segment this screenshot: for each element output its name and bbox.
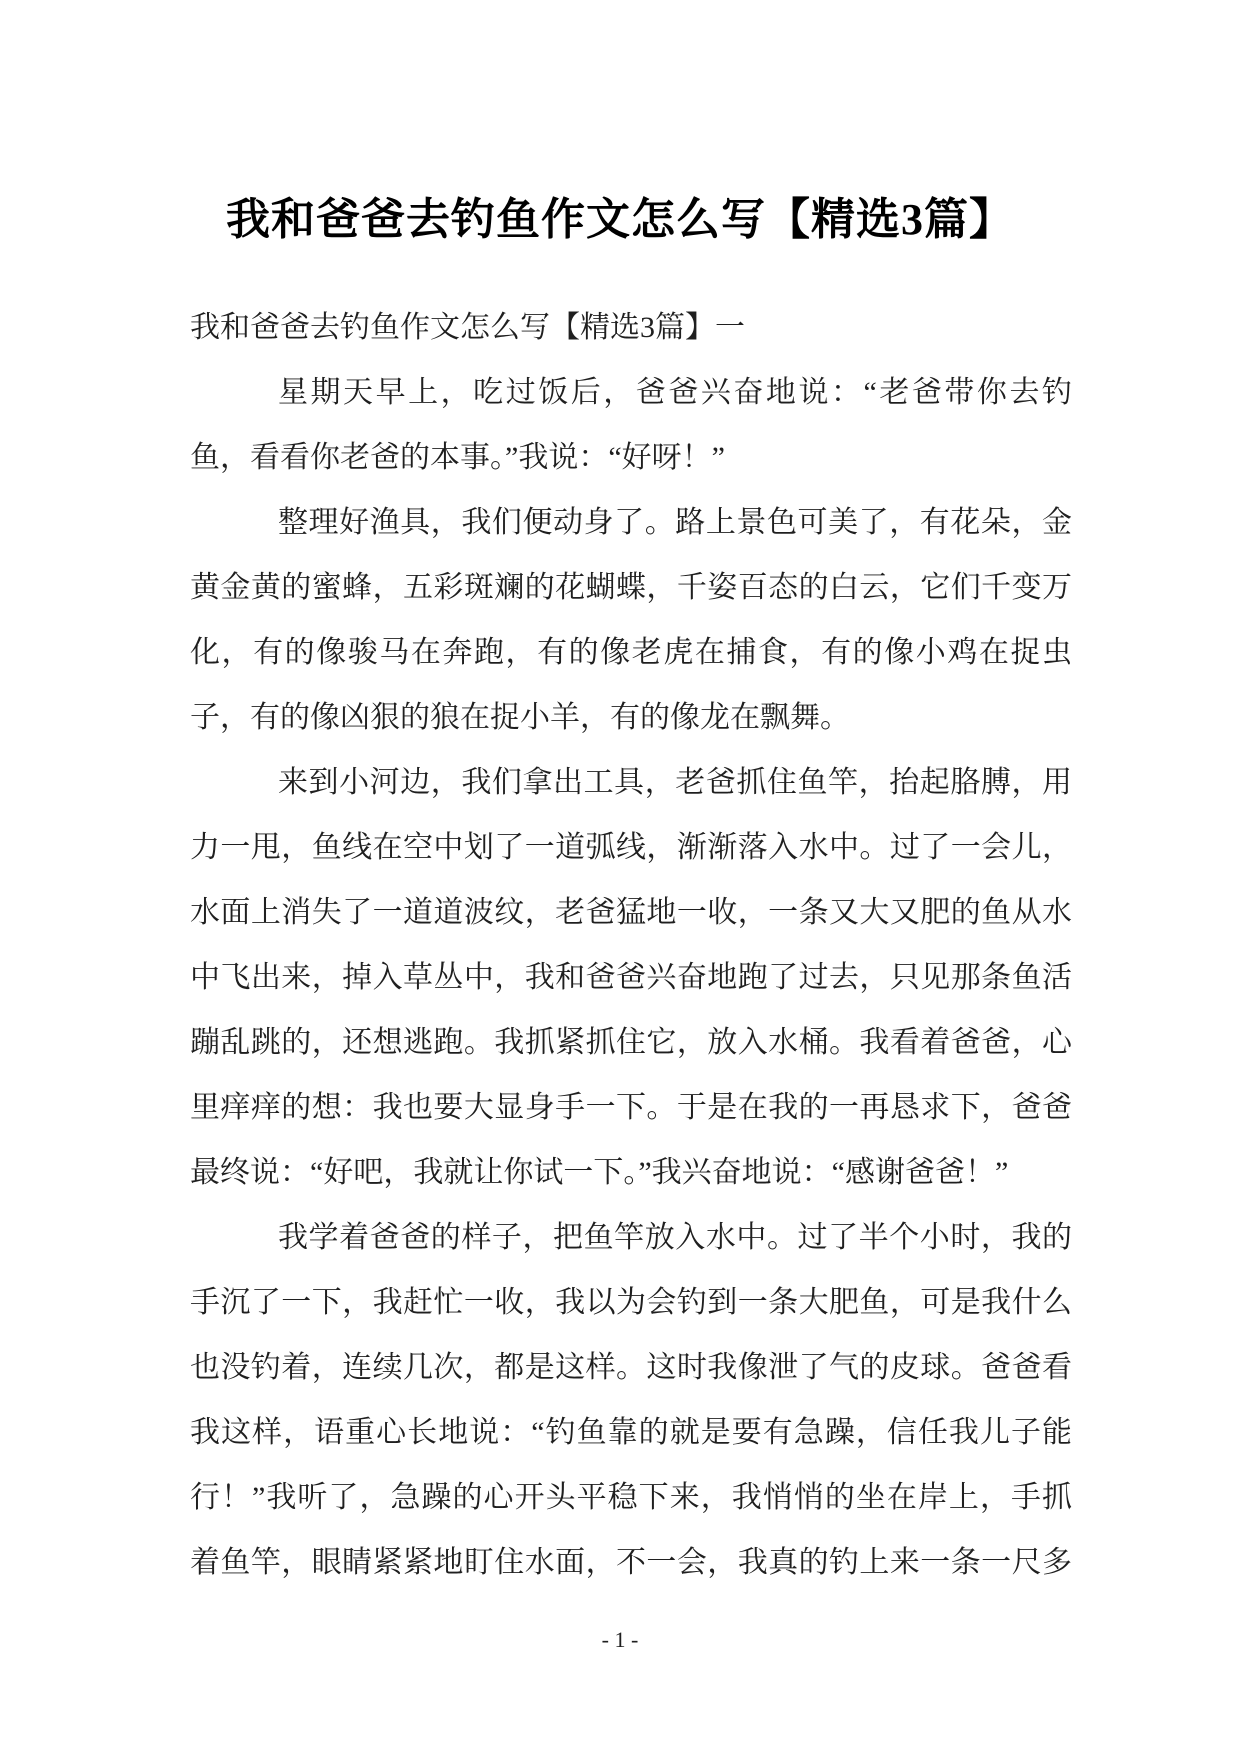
page-number: - 1 - <box>0 1626 1240 1654</box>
text-line: 我这样，语重心长地说：“钓鱼靠的就是要有急躁，信任我儿子能 <box>190 1400 1072 1465</box>
text-line: 里痒痒的想：我也要大显身手一下。于是在我的一再恳求下，爸爸 <box>190 1075 1072 1140</box>
text-line: 化，有的像骏马在奔跑，有的像老虎在捕食，有的像小鸡在捉虫 <box>190 620 1072 685</box>
text-line: 来到小河边，我们拿出工具，老爸抓住鱼竿，抬起胳膊，用 <box>190 750 1072 815</box>
text-line: 中飞出来，掉入草丛中，我和爸爸兴奋地跑了过去，只见那条鱼活 <box>190 945 1072 1010</box>
text-line: 我学着爸爸的样子，把鱼竿放入水中。过了半个小时，我的 <box>190 1205 1072 1270</box>
text-line: 也没钓着，连续几次，都是这样。这时我像泄了气的皮球。爸爸看 <box>190 1335 1072 1400</box>
text-line: 我和爸爸去钓鱼作文怎么写【精选3篇】一 <box>190 295 1072 360</box>
text-line: 子，有的像凶狠的狼在捉小羊，有的像龙在飘舞。 <box>190 685 1072 750</box>
document-page: 我和爸爸去钓鱼作文怎么写【精选3篇】 我和爸爸去钓鱼作文怎么写【精选3篇】一 星… <box>0 0 1240 1753</box>
essay-body: 我和爸爸去钓鱼作文怎么写【精选3篇】一 星期天早上，吃过饭后，爸爸兴奋地说：“老… <box>190 295 1072 1595</box>
text-line: 鱼，看看你老爸的本事。”我说：“好呀！” <box>190 425 1072 490</box>
text-line: 整理好渔具，我们便动身了。路上景色可美了，有花朵，金 <box>190 490 1072 555</box>
text-line: 黄金黄的蜜蜂，五彩斑斓的花蝴蝶，千姿百态的白云，它们千变万 <box>190 555 1072 620</box>
text-line: 水面上消失了一道道波纹，老爸猛地一收，一条又大又肥的鱼从水 <box>190 880 1072 945</box>
text-line: 星期天早上，吃过饭后，爸爸兴奋地说：“老爸带你去钓 <box>190 360 1072 425</box>
text-line: 着鱼竿，眼睛紧紧地盯住水面，不一会，我真的钓上来一条一尺多 <box>190 1530 1072 1595</box>
text-line: 行！”我听了，急躁的心开头平稳下来，我悄悄的坐在岸上，手抓 <box>190 1465 1072 1530</box>
text-line: 手沉了一下，我赶忙一收，我以为会钓到一条大肥鱼，可是我什么 <box>190 1270 1072 1335</box>
document-title: 我和爸爸去钓鱼作文怎么写【精选3篇】 <box>0 196 1240 244</box>
text-line: 蹦乱跳的，还想逃跑。我抓紧抓住它，放入水桶。我看着爸爸，心 <box>190 1010 1072 1075</box>
text-line: 力一甩，鱼线在空中划了一道弧线，渐渐落入水中。过了一会儿， <box>190 815 1072 880</box>
text-line: 最终说：“好吧，我就让你试一下。”我兴奋地说：“感谢爸爸！” <box>190 1140 1072 1205</box>
